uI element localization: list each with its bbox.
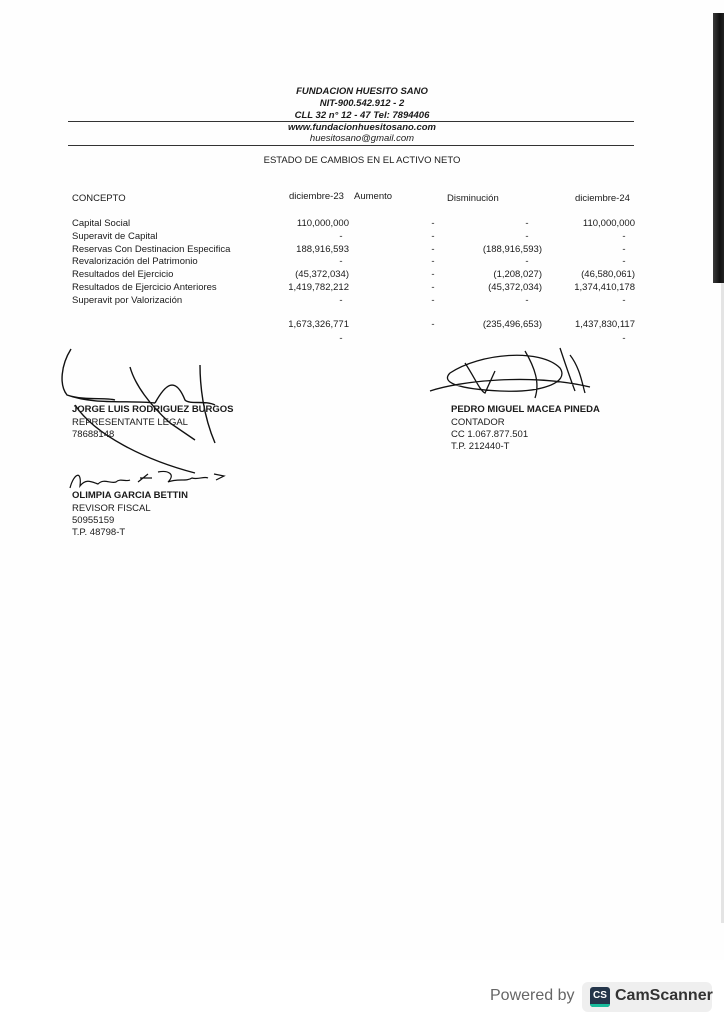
col-header-concepto: CONCEPTO: [72, 193, 126, 206]
org-address: CLL 32 n° 12 - 47 Tel: 7894406: [0, 110, 724, 121]
cell-aumento: -: [425, 256, 441, 269]
cell-aumento: -: [425, 295, 441, 308]
accountant-role: CONTADOR: [451, 417, 505, 430]
signature-auditor: [68, 468, 228, 492]
accountant-name: PEDRO MIGUEL MACEA PINEDA: [451, 404, 600, 417]
camscanner-badge[interactable]: CS CamScanner: [582, 982, 712, 1012]
cell-dic24: (46,580,061): [515, 269, 635, 282]
total-disminucion: (235,496,653): [430, 319, 542, 332]
org-website: www.fundacionhuesitosano.com: [0, 122, 724, 133]
col-header-dic24: diciembre-24: [575, 193, 630, 206]
accountant-id: CC 1.067.877.501: [451, 429, 528, 442]
cell-disminucion: -: [519, 256, 535, 269]
cell-aumento: -: [425, 231, 441, 244]
cell-concepto: Superavit por Valorización: [72, 295, 182, 308]
auditor-role: REVISOR FISCAL: [72, 503, 151, 516]
report-title: ESTADO DE CAMBIOS EN EL ACTIVO NETO: [0, 155, 724, 166]
col-header-dic23: diciembre-23: [289, 191, 344, 204]
cell-aumento: -: [425, 218, 441, 231]
cell-dic24: -: [616, 256, 632, 269]
cell-dic23: 188,916,593: [229, 244, 349, 257]
cell-concepto: Reservas Con Destinacion Especifica: [72, 244, 230, 257]
subtotal-dic23: -: [333, 333, 349, 346]
cell-dic24: -: [616, 244, 632, 257]
header-rule-bottom: [68, 145, 634, 146]
cell-dic23: 110,000,000: [229, 218, 349, 231]
cell-dic23: -: [333, 295, 349, 308]
org-name: FUNDACION HUESITO SANO: [0, 86, 724, 97]
camscanner-logo-icon: CS: [590, 987, 610, 1007]
signature-accountant: [420, 343, 600, 403]
org-nit: NIT-900.542.912 - 2: [0, 98, 724, 109]
cell-dic23: (45,372,034): [229, 269, 349, 282]
cell-disminucion: -: [519, 295, 535, 308]
camscanner-brand: CamScanner: [615, 987, 713, 1005]
legal-rep-role: REPRESENTANTE LEGAL: [72, 417, 188, 430]
auditor-id: 50955159: [72, 515, 114, 528]
cell-concepto: Resultados de Ejercicio Anteriores: [72, 282, 217, 295]
org-email: huesitosano@gmail.com: [0, 133, 724, 144]
legal-rep-id: 78688148: [72, 429, 114, 442]
scanned-page: FUNDACION HUESITO SANO NIT-900.542.912 -…: [0, 0, 724, 960]
cell-dic23: -: [333, 231, 349, 244]
cell-dic23: 1,419,782,212: [229, 282, 349, 295]
cell-dic23: -: [333, 256, 349, 269]
auditor-name: OLIMPIA GARCIA BETTIN: [72, 490, 188, 503]
cell-disminucion: (188,916,593): [422, 244, 542, 257]
auditor-tp: T.P. 48798-T: [72, 527, 125, 540]
scan-edge-shadow: [713, 13, 724, 283]
cell-dic24: -: [616, 231, 632, 244]
cell-disminucion: -: [519, 231, 535, 244]
total-dic23: 1,673,326,771: [248, 319, 349, 332]
cell-concepto: Capital Social: [72, 218, 130, 231]
subtotal-dic24: -: [616, 333, 632, 346]
cell-dic24: 1,374,410,178: [515, 282, 635, 295]
cell-concepto: Resultados del Ejercicio: [72, 269, 173, 282]
cell-concepto: Superavit de Capital: [72, 231, 158, 244]
total-dic24: 1,437,830,117: [534, 319, 635, 332]
col-header-aumento: Aumento: [354, 191, 392, 204]
col-header-disminucion: Disminución: [447, 193, 499, 206]
cell-concepto: Revalorización del Patrimonio: [72, 256, 198, 269]
cell-dic24: -: [616, 295, 632, 308]
legal-rep-name: JORGE LUIS RODRIGUEZ BURGOS: [72, 404, 234, 417]
powered-by-label: Powered by: [490, 987, 575, 1005]
accountant-tp: T.P. 212440-T: [451, 441, 509, 454]
cell-dic24: 110,000,000: [515, 218, 635, 231]
